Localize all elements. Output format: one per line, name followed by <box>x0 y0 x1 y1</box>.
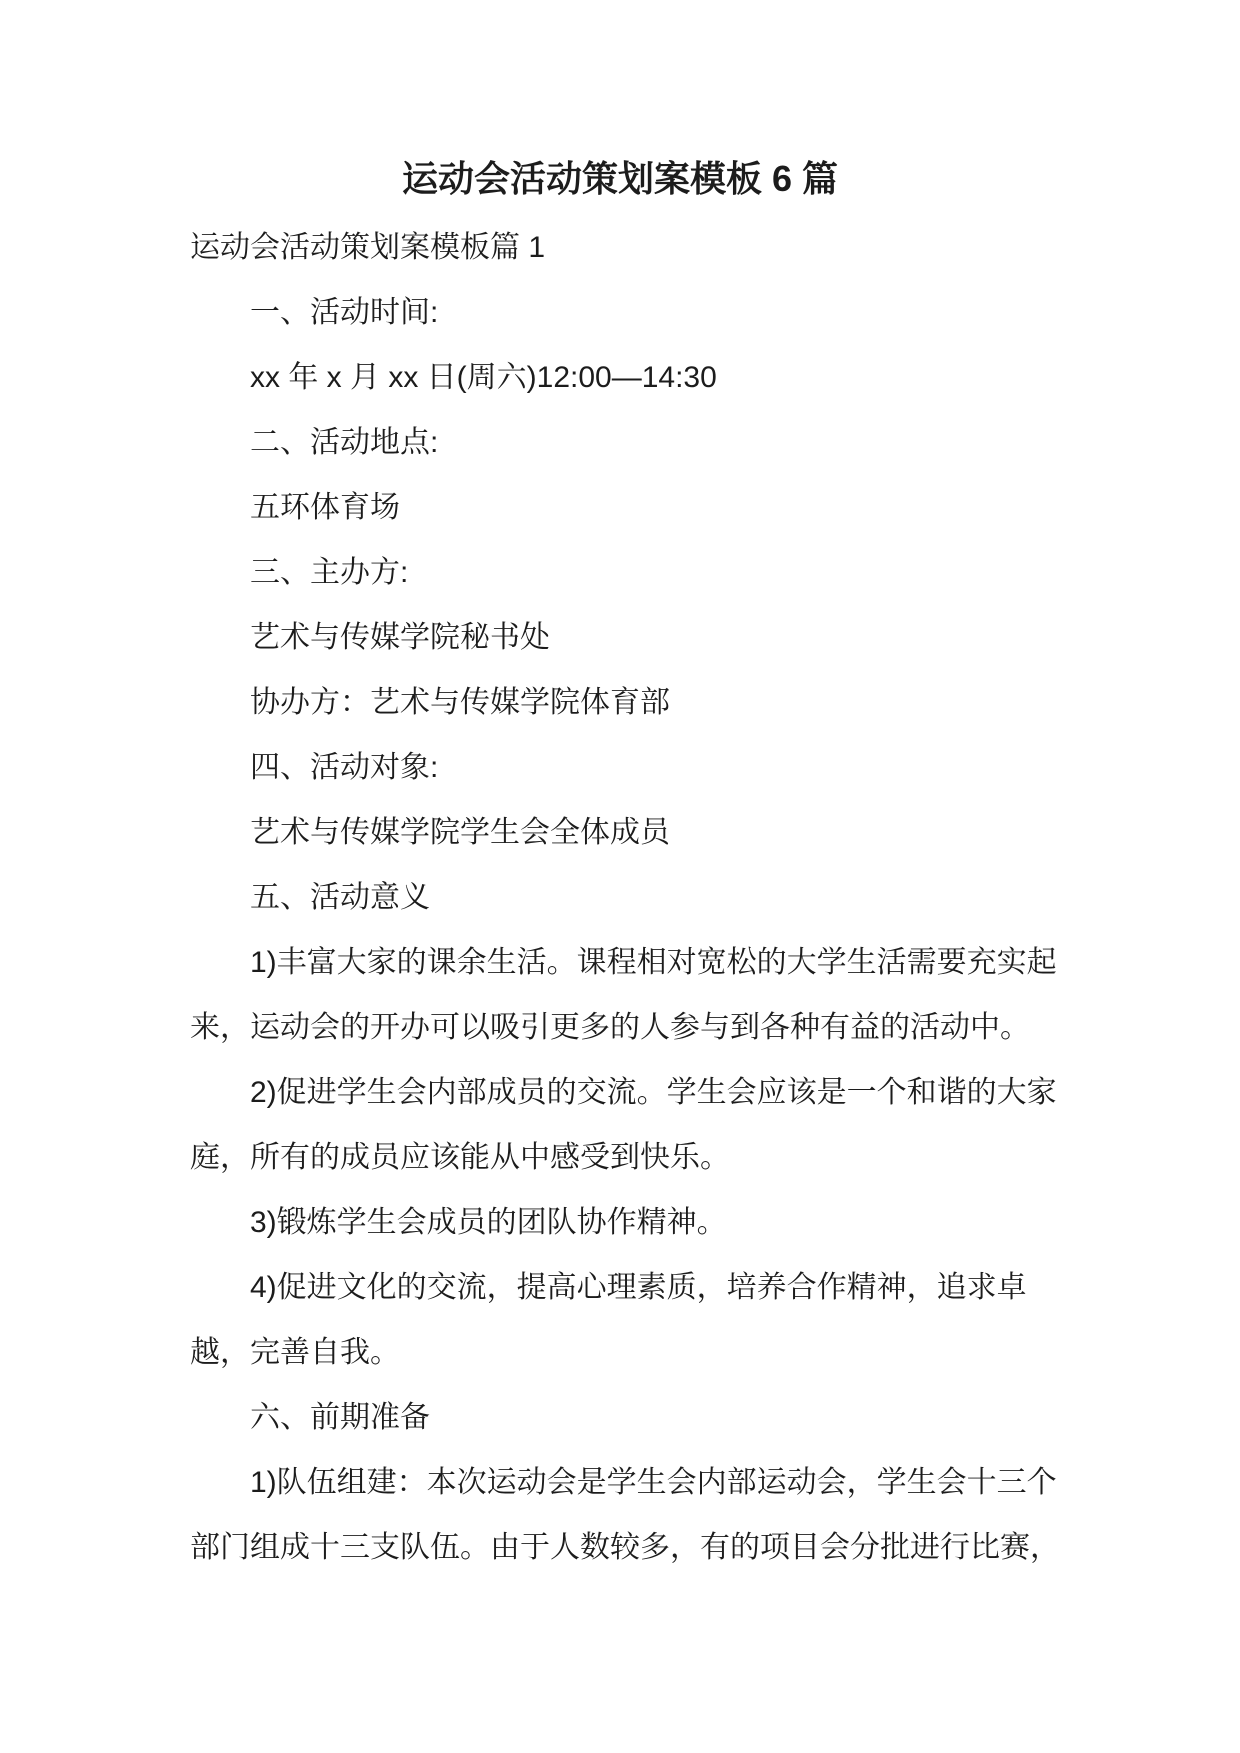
text-line: 二、活动地点: <box>190 410 1090 475</box>
text-line: 五环体育场 <box>190 475 1090 540</box>
document-page: 运动会活动策划案模板 6 篇 运动会活动策划案模板篇 1一、活动时间:xx 年 … <box>0 0 1240 1753</box>
document-title: 运动会活动策划案模板 6 篇 <box>0 155 1240 203</box>
text-line: 来，运动会的开办可以吸引更多的人参与到各种有益的活动中。 <box>190 995 1090 1060</box>
text-line: 四、活动对象: <box>190 735 1090 800</box>
text-line: 1)丰富大家的课余生活。课程相对宽松的大学生活需要充实起 <box>190 930 1090 995</box>
text-line: 六、前期准备 <box>190 1385 1090 1450</box>
text-line: 协办方：艺术与传媒学院体育部 <box>190 670 1090 735</box>
text-line: xx 年 x 月 xx 日(周六)12:00—14:30 <box>190 345 1090 410</box>
text-line: 庭，所有的成员应该能从中感受到快乐。 <box>190 1125 1090 1190</box>
text-line: 4)促进文化的交流，提高心理素质，培养合作精神，追求卓 <box>190 1255 1090 1320</box>
text-line: 越，完善自我。 <box>190 1320 1090 1385</box>
text-line: 艺术与传媒学院秘书处 <box>190 605 1090 670</box>
text-line: 三、主办方: <box>190 540 1090 605</box>
text-line: 部门组成十三支队伍。由于人数较多，有的项目会分批进行比赛， <box>190 1515 1090 1580</box>
text-line: 3)锻炼学生会成员的团队协作精神。 <box>190 1190 1090 1255</box>
text-line: 2)促进学生会内部成员的交流。学生会应该是一个和谐的大家 <box>190 1060 1090 1125</box>
text-line: 1)队伍组建：本次运动会是学生会内部运动会，学生会十三个 <box>190 1450 1090 1515</box>
text-line: 运动会活动策划案模板篇 1 <box>190 215 1090 280</box>
document-body: 运动会活动策划案模板篇 1一、活动时间:xx 年 x 月 xx 日(周六)12:… <box>190 215 1090 1580</box>
text-line: 艺术与传媒学院学生会全体成员 <box>190 800 1090 865</box>
text-line: 一、活动时间: <box>190 280 1090 345</box>
text-line: 五、活动意义 <box>190 865 1090 930</box>
